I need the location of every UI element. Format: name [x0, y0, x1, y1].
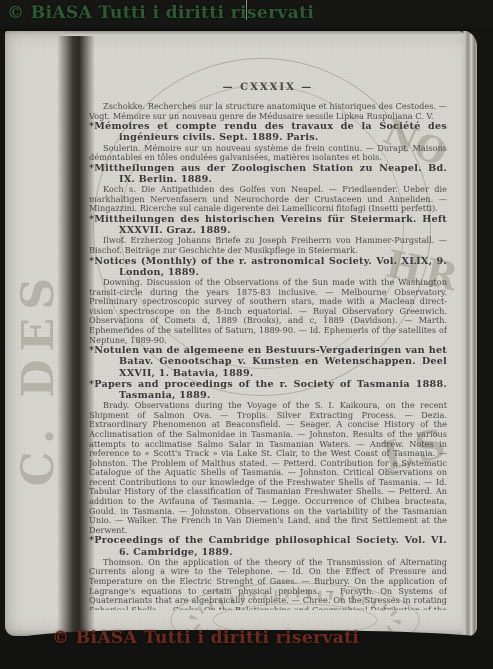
bibliography-reference: Downing. Discussion of the Observations …: [89, 278, 447, 345]
bibliography-reference: Ilwof. Erzherzog Johanns Briefe zu Josep…: [89, 236, 447, 255]
copyright-overlay-top: © BiASA Tutti i diritti riservati: [7, 3, 314, 23]
bibliography-entry: *Mittheilungen aus der Zoologischen Stat…: [89, 163, 447, 185]
bibliography-entry: *Notices (Monthly) of the r. astronomica…: [89, 256, 447, 278]
page-stack-edges-right: [461, 30, 477, 636]
bibliography-entry: *Mittheilungen des historischen Vereins …: [89, 214, 447, 236]
copyright-overlay-bottom: © BiASA Tutti i diritti riservati: [52, 628, 359, 648]
bibliography-entry: *Proceedings of the Cambridge philosophi…: [89, 535, 447, 557]
bibliography-entry: *Papers and proceedings of the r. Societ…: [89, 379, 447, 401]
bibliography-reference: Zschokke. Recherches sur la structure an…: [89, 102, 447, 121]
bibliography-entry: *Mémoires et compte rendu des travaux de…: [89, 121, 447, 143]
page-number: — CXXXIX —: [89, 82, 447, 93]
bibliography-reference: Brady. Observations during the Voyage of…: [89, 401, 447, 535]
bibliography-reference: Thomson. On the application of the theor…: [89, 558, 447, 610]
scanned-page: C. DES NO HR LS — CXXXIX — Zschokke. Rec…: [5, 30, 477, 636]
text-column: — CXXXIX — Zschokke. Recherches sur la s…: [89, 82, 447, 610]
bibliography-reference: Koch s. Die Antipathiden des Golfes von …: [89, 185, 447, 214]
bibliography-entry: *Notulen van de algemeene en Bestuurs-Ve…: [89, 345, 447, 379]
bibliography-reference: Soulerin. Mémoire sur un nouveau système…: [89, 144, 447, 163]
page-stack-edges-top: [65, 30, 467, 42]
paragraph-list: Zschokke. Recherches sur la structure an…: [89, 102, 447, 610]
scanned-book-photo: C. DES NO HR LS — CXXXIX — Zschokke. Rec…: [0, 0, 493, 669]
